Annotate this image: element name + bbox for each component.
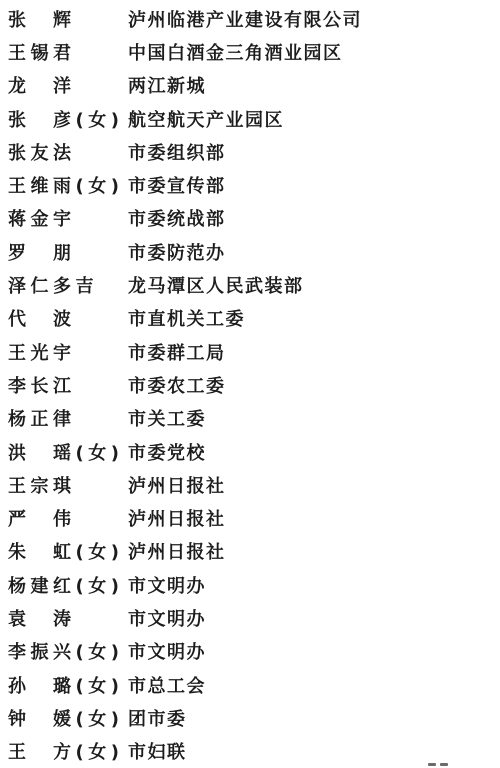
roster-row: 王宗琪泸州日报社 [8,468,500,501]
organization-name: 市文明办 [128,572,206,598]
person-name: 王维雨(女) [8,172,128,198]
roster-row: 李振兴(女)市文明办 [8,635,500,668]
person-name: 代 波 [8,305,128,331]
organization-name: 团市委 [128,705,187,731]
person-name: 朱 虹(女) [8,538,128,564]
organization-name: 泸州日报社 [128,472,226,498]
person-name: 张友法 [8,139,128,165]
person-name: 孙 璐(女) [8,672,128,698]
page-number-partial [428,761,452,768]
person-name: 龙 洋 [8,72,128,98]
page-number-fragment [440,763,448,766]
organization-name: 两江新城 [128,72,206,98]
document-page: 张 辉泸州临港产业建设有限公司王锡君中国白酒金三角酒业园区龙 洋两江新城张 彦(… [0,0,500,768]
person-name: 李振兴(女) [8,638,128,664]
roster-row: 钟 媛(女)团市委 [8,701,500,734]
roster-row: 蒋金宇市委统战部 [8,202,500,235]
roster-row: 代 波市直机关工委 [8,302,500,335]
organization-name: 市总工会 [128,672,206,698]
organization-name: 市关工委 [128,405,206,431]
organization-name: 市委农工委 [128,372,226,398]
roster-row: 张 彦(女)航空航天产业园区 [8,102,500,135]
person-name: 王锡君 [8,39,128,65]
person-name: 王宗琪 [8,472,128,498]
organization-name: 市委党校 [128,439,206,465]
person-name: 王光宇 [8,339,128,365]
person-name: 杨正律 [8,405,128,431]
person-name: 洪 瑶(女) [8,439,128,465]
roster-row: 孙 璐(女)市总工会 [8,668,500,701]
organization-name: 泸州日报社 [128,538,226,564]
roster-row: 王光宇市委群工局 [8,335,500,368]
person-name: 李长江 [8,372,128,398]
roster-row: 王维雨(女)市委宣传部 [8,168,500,201]
roster-row: 杨正律市关工委 [8,402,500,435]
roster-row: 王锡君中国白酒金三角酒业园区 [8,35,500,68]
person-name: 杨建红(女) [8,572,128,598]
organization-name: 市委群工局 [128,339,226,365]
roster-row: 龙 洋两江新城 [8,69,500,102]
roster-row: 张友法市委组织部 [8,135,500,168]
page-number-fragment [428,763,436,766]
organization-name: 市文明办 [128,605,206,631]
roster-list: 张 辉泸州临港产业建设有限公司王锡君中国白酒金三角酒业园区龙 洋两江新城张 彦(… [8,2,500,768]
person-name: 袁 涛 [8,605,128,631]
person-name: 张 辉 [8,6,128,32]
person-name: 王 方(女) [8,738,128,764]
organization-name: 航空航天产业园区 [128,106,284,132]
roster-row: 李长江市委农工委 [8,368,500,401]
roster-row: 泽仁多吉龙马潭区人民武装部 [8,268,500,301]
organization-name: 中国白酒金三角酒业园区 [128,39,343,65]
organization-name: 市委防范办 [128,239,226,265]
roster-row: 严 伟泸州日报社 [8,501,500,534]
roster-row: 王 方(女)市妇联 [8,735,500,768]
organization-name: 泸州临港产业建设有限公司 [128,6,362,32]
organization-name: 市委组织部 [128,139,226,165]
person-name: 钟 媛(女) [8,705,128,731]
person-name: 严 伟 [8,505,128,531]
organization-name: 泸州日报社 [128,505,226,531]
roster-row: 杨建红(女)市文明办 [8,568,500,601]
roster-row: 张 辉泸州临港产业建设有限公司 [8,2,500,35]
person-name: 蒋金宇 [8,205,128,231]
organization-name: 市委宣传部 [128,172,226,198]
organization-name: 市委统战部 [128,205,226,231]
organization-name: 市直机关工委 [128,305,245,331]
organization-name: 市妇联 [128,738,187,764]
person-name: 泽仁多吉 [8,272,128,298]
roster-row: 袁 涛市文明办 [8,601,500,634]
person-name: 罗 朋 [8,239,128,265]
roster-row: 洪 瑶(女)市委党校 [8,435,500,468]
organization-name: 龙马潭区人民武装部 [128,272,304,298]
person-name: 张 彦(女) [8,106,128,132]
roster-row: 朱 虹(女)泸州日报社 [8,535,500,568]
organization-name: 市文明办 [128,638,206,664]
roster-row: 罗 朋市委防范办 [8,235,500,268]
